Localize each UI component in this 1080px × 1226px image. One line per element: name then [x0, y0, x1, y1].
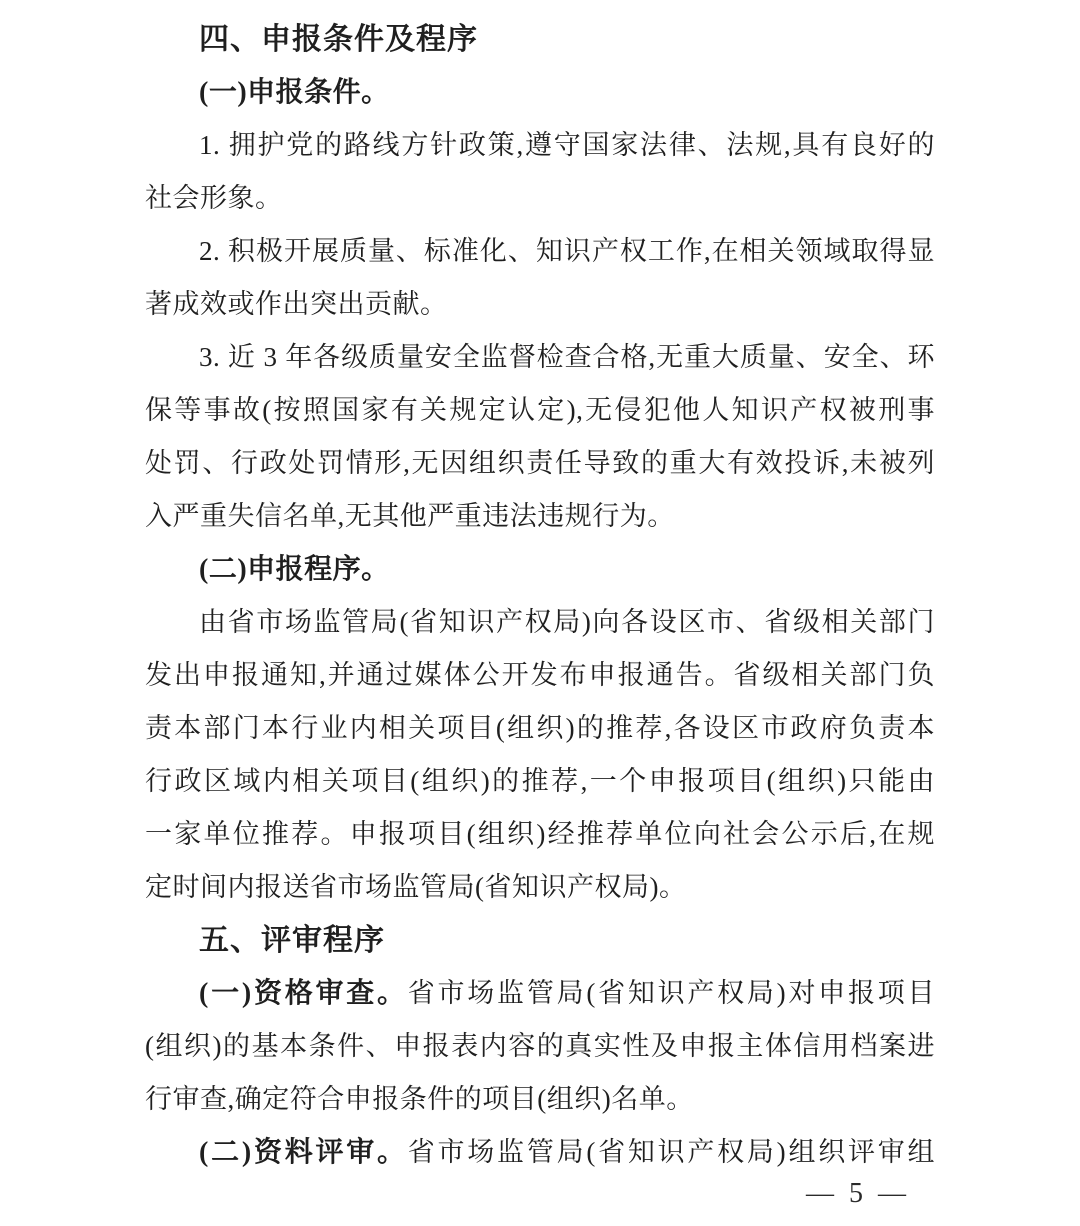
paragraph-line: 责本部门本行业内相关项目(组织)的推荐,各设区市政府负责本: [145, 702, 935, 755]
paragraph-line: 行政区域内相关项目(组织)的推荐,一个申报项目(组织)只能由: [145, 755, 935, 808]
text-segment: (一)申报条件。: [199, 77, 390, 108]
paragraph-line: 处罚、行政处罚情形,无因组织责任导致的重大有效投诉,未被列: [145, 437, 935, 490]
paragraph-line: 入严重失信名单,无其他严重违法违规行为。: [145, 490, 935, 543]
text-segment: 著成效或作出突出贡献。: [145, 289, 448, 319]
text-segment: (二)申报程序。: [199, 554, 390, 585]
document-page: 四、申报条件及程序(一)申报条件。1. 拥护党的路线方针政策,遵守国家法律、法规…: [0, 0, 1080, 1226]
paragraph-line: 发出申报通知,并通过媒体公开发布申报通告。省级相关部门负: [145, 649, 935, 702]
text-segment: 发出申报通知,并通过媒体公开发布申报通告。省级相关部门负: [145, 660, 935, 690]
text-segment: (一)资格审查。: [199, 978, 408, 1009]
paragraph-line: 一家单位推荐。申报项目(组织)经推荐单位向社会公示后,在规: [145, 808, 935, 861]
text-segment: 省市场监管局(省知识产权局)对申报项目: [408, 978, 935, 1008]
subsection-heading-4-1: (一)申报条件。: [145, 66, 935, 119]
text-segment: 行审查,确定符合申报条件的项目(组织)名单。: [145, 1084, 694, 1114]
paragraph-line: 3. 近 3 年各级质量安全监督检查合格,无重大质量、安全、环: [145, 331, 935, 384]
paragraph-line: 社会形象。: [145, 172, 935, 225]
text-segment: 省市场监管局(省知识产权局)组织评审组: [408, 1137, 935, 1167]
text-segment: 四、申报条件及程序: [199, 23, 478, 56]
paragraph-line: 著成效或作出突出贡献。: [145, 278, 935, 331]
paragraph-line: (一)资格审查。省市场监管局(省知识产权局)对申报项目: [145, 967, 935, 1020]
section-heading-5: 五、评审程序: [145, 914, 935, 967]
page-number: — 5 —: [806, 1176, 910, 1212]
text-segment: 保等事故(按照国家有关规定认定),无侵犯他人知识产权被刑事: [145, 395, 935, 425]
paragraph-line: 由省市场监管局(省知识产权局)向各设区市、省级相关部门: [145, 596, 935, 649]
paragraph-line: 定时间内报送省市场监管局(省知识产权局)。: [145, 861, 935, 914]
text-segment: 行政区域内相关项目(组织)的推荐,一个申报项目(组织)只能由: [145, 766, 935, 796]
paragraph-line: 1. 拥护党的路线方针政策,遵守国家法律、法规,具有良好的: [145, 119, 935, 172]
paragraph-line: 行审查,确定符合申报条件的项目(组织)名单。: [145, 1073, 935, 1126]
text-segment: 2. 积极开展质量、标准化、知识产权工作,在相关领域取得显: [199, 236, 935, 266]
text-segment: 一家单位推荐。申报项目(组织)经推荐单位向社会公示后,在规: [145, 819, 935, 849]
document-lines: 四、申报条件及程序(一)申报条件。1. 拥护党的路线方针政策,遵守国家法律、法规…: [145, 13, 935, 1179]
text-segment: (组织)的基本条件、申报表内容的真实性及申报主体信用档案进: [145, 1031, 935, 1061]
paragraph-line: 2. 积极开展质量、标准化、知识产权工作,在相关领域取得显: [145, 225, 935, 278]
section-heading-4: 四、申报条件及程序: [145, 13, 935, 66]
subsection-heading-4-2: (二)申报程序。: [145, 543, 935, 596]
text-segment: 1. 拥护党的路线方针政策,遵守国家法律、法规,具有良好的: [199, 130, 935, 160]
text-segment: 社会形象。: [145, 183, 283, 213]
text-segment: 处罚、行政处罚情形,无因组织责任导致的重大有效投诉,未被列: [145, 448, 935, 478]
text-segment: 3. 近 3 年各级质量安全监督检查合格,无重大质量、安全、环: [199, 342, 935, 372]
paragraph-line: (组织)的基本条件、申报表内容的真实性及申报主体信用档案进: [145, 1020, 935, 1073]
text-segment: 定时间内报送省市场监管局(省知识产权局)。: [145, 872, 686, 902]
text-segment: 入严重失信名单,无其他严重违法违规行为。: [145, 501, 675, 531]
text-segment: 由省市场监管局(省知识产权局)向各设区市、省级相关部门: [199, 607, 935, 637]
text-segment: (二)资料评审。: [199, 1137, 408, 1168]
text-segment: 五、评审程序: [199, 924, 385, 957]
paragraph-line: 保等事故(按照国家有关规定认定),无侵犯他人知识产权被刑事: [145, 384, 935, 437]
paragraph-line: (二)资料评审。省市场监管局(省知识产权局)组织评审组: [145, 1126, 935, 1179]
text-segment: 责本部门本行业内相关项目(组织)的推荐,各设区市政府负责本: [145, 713, 935, 743]
